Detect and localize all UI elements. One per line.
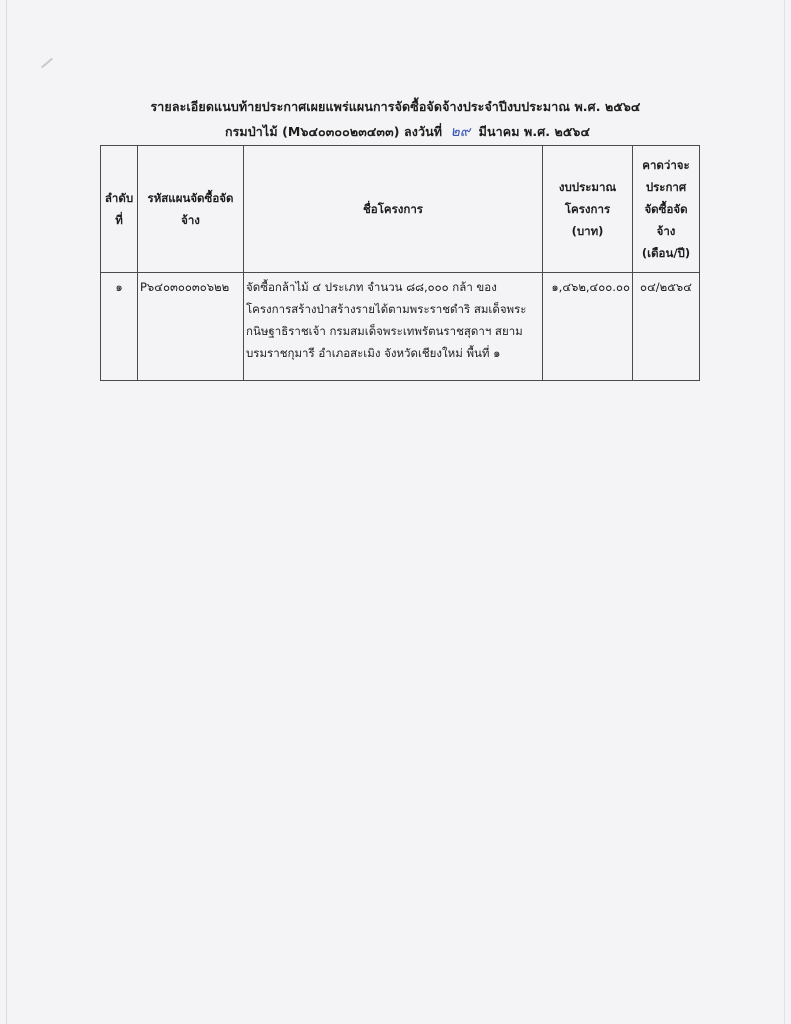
document-title: รายละเอียดแนบท้ายประกาศเผยแพร่แผนการจัดซ… [0, 97, 791, 117]
header-budget: งบประมาณ โครงการ (บาท) [543, 146, 633, 273]
header-seq: ลำดับ ที่ [101, 146, 138, 273]
handwritten-date: ๒๙ [447, 124, 475, 140]
header-expected-date: คาดว่าจะ ประกาศ จัดซื้อจัด จ้าง (เดือน/ป… [633, 146, 700, 273]
subtitle-prefix: กรมป่าไม้ (M๖๔๐๓๐๐๒๓๔๓๓) ลงวันที่ [225, 124, 442, 139]
scan-mark [41, 58, 53, 69]
header-plan-code: รหัสแผนจัดซื้อจัด จ้าง [138, 146, 244, 273]
cell-project-name: จัดซื้อกล้าไม้ ๔ ประเภท จำนวน ๘๘,๐๐๐ กล้… [244, 273, 543, 381]
procurement-plan-table: ลำดับ ที่ รหัสแผนจัดซื้อจัด จ้าง ชื่อโคร… [100, 145, 700, 381]
subtitle-suffix: มีนาคม พ.ศ. ๒๕๖๔ [479, 124, 590, 139]
document-subtitle: กรมป่าไม้ (M๖๔๐๓๐๐๒๓๔๓๓) ลงวันที่ ๒๙ มีน… [12, 121, 791, 143]
table-row: ๑ P๖๔๐๓๐๐๓๐๖๒๒ จัดซื้อกล้าไม้ ๔ ประเภท จ… [101, 273, 700, 381]
page-edge [6, 0, 7, 1024]
table-header-row: ลำดับ ที่ รหัสแผนจัดซื้อจัด จ้าง ชื่อโคร… [101, 146, 700, 273]
cell-seq: ๑ [101, 273, 138, 381]
cell-budget: ๑,๔๖๒,๔๐๐.๐๐ [543, 273, 633, 381]
cell-expected-date: ๐๔/๒๕๖๔ [633, 273, 700, 381]
header-project-name: ชื่อโครงการ [244, 146, 543, 273]
page-edge [784, 0, 785, 1024]
cell-plan-code: P๖๔๐๓๐๐๓๐๖๒๒ [138, 273, 244, 381]
